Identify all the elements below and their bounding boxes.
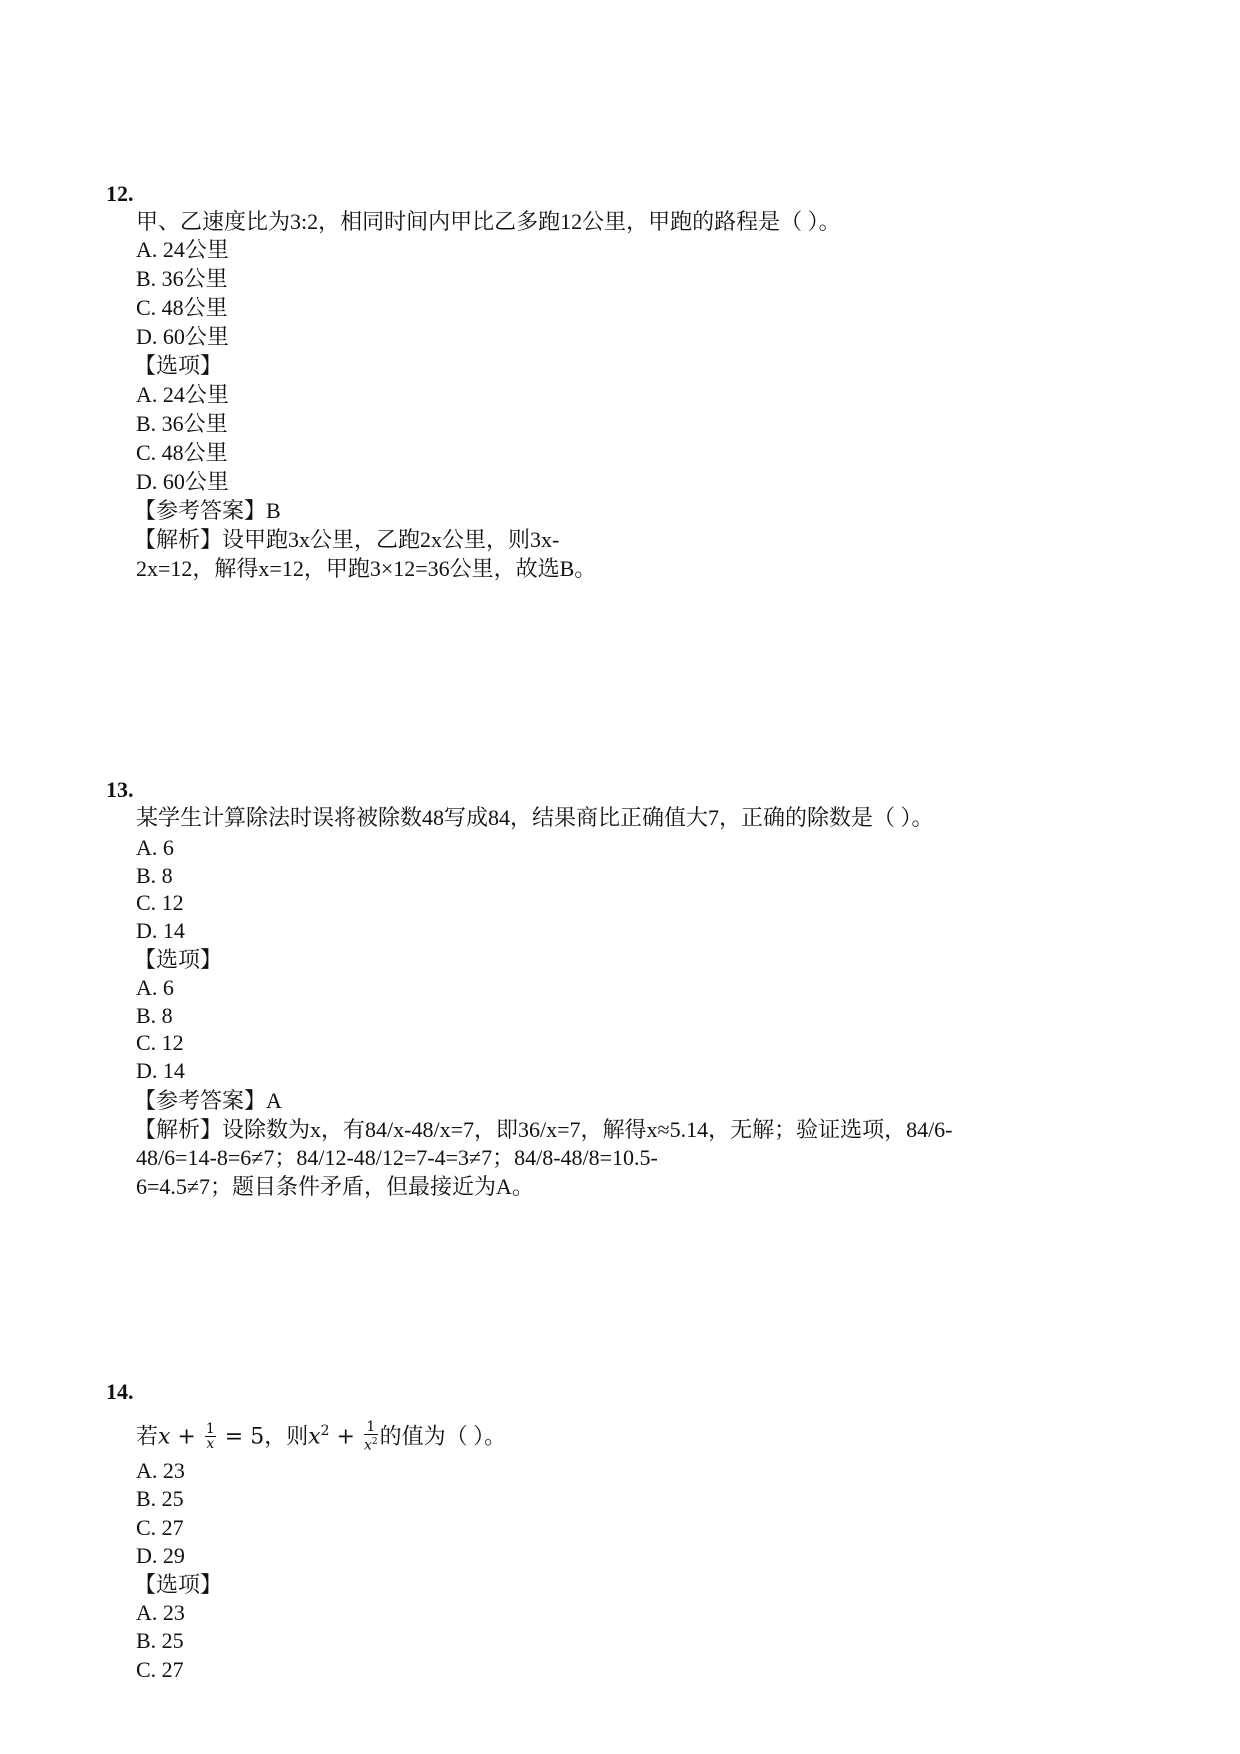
answer-line: 【参考答案】A xyxy=(134,1087,282,1115)
answer-value: A xyxy=(266,1088,282,1113)
analysis-text: 设除数为x，有84/x-48/x=7，即36/x=7，解得x≈5.14，无解；验… xyxy=(222,1117,953,1142)
option-repeat-b: B. 8 xyxy=(136,1002,173,1030)
option-d: D. 14 xyxy=(136,917,185,945)
analysis-line: 【解析】设除数为x，有84/x-48/x=7，即36/x=7，解得x≈5.14，… xyxy=(134,1116,953,1144)
option-b: B. 36公里 xyxy=(136,265,228,293)
answer-label: 【参考答案】 xyxy=(134,1088,266,1113)
option-b: B. 25 xyxy=(136,1485,184,1513)
question-number: 12. xyxy=(106,180,134,208)
math-variable: x xyxy=(308,1424,320,1449)
option-b: B. 8 xyxy=(136,862,173,890)
option-d: D. 60公里 xyxy=(136,323,229,351)
option-repeat-d: D. 60公里 xyxy=(136,468,229,496)
option-c: C. 48公里 xyxy=(136,294,228,322)
option-repeat-c: C. 48公里 xyxy=(136,439,228,467)
option-repeat-a: A. 24公里 xyxy=(136,381,229,409)
analysis-label: 【解析】 xyxy=(134,1117,222,1142)
option-a: A. 23 xyxy=(136,1457,185,1485)
option-repeat-c: C. 27 xyxy=(136,1656,184,1684)
analysis-label: 【解析】 xyxy=(134,527,222,552)
option-a: A. 6 xyxy=(136,834,174,862)
analysis-text: 设甲跑3x公里，乙跑2x公里，则3x- xyxy=(222,527,559,552)
option-repeat-a: A. 23 xyxy=(136,1599,185,1627)
analysis-continuation: 6=4.5≠7；题目条件矛盾，但最接近为A。 xyxy=(136,1173,534,1201)
question-stem: 某学生计算除法时误将被除数48写成84，结果商比正确值大7，正确的除数是（ ）。 xyxy=(136,804,934,832)
analysis-line: 【解析】设甲跑3x公里，乙跑2x公里，则3x- xyxy=(134,526,559,554)
option-c: C. 27 xyxy=(136,1514,184,1542)
options-label: 【选项】 xyxy=(134,946,222,974)
exponent: 2 xyxy=(321,1423,330,1439)
option-repeat-b: B. 36公里 xyxy=(136,410,228,438)
option-d: D. 29 xyxy=(136,1542,185,1570)
option-a: A. 24公里 xyxy=(136,236,229,264)
fraction: 1x2 xyxy=(364,1420,378,1453)
option-repeat-b: B. 25 xyxy=(136,1627,184,1655)
option-repeat-c: C. 12 xyxy=(136,1029,184,1057)
options-label: 【选项】 xyxy=(134,352,222,380)
options-label: 【选项】 xyxy=(134,1571,222,1599)
analysis-continuation: 48/6=14-8=6≠7；84/12-48/12=7-4=3≠7；84/8-4… xyxy=(136,1144,658,1172)
math-variable: x xyxy=(158,1424,170,1449)
analysis-continuation: 2x=12，解得x=12，甲跑3×12=36公里，故选B。 xyxy=(136,555,596,583)
question-number: 14. xyxy=(106,1378,134,1406)
answer-value: B xyxy=(266,498,281,523)
option-repeat-a: A. 6 xyxy=(136,974,174,1002)
answer-line: 【参考答案】B xyxy=(134,497,281,525)
fraction: 1x xyxy=(205,1422,216,1451)
answer-label: 【参考答案】 xyxy=(134,498,266,523)
option-c: C. 12 xyxy=(136,889,184,917)
question-stem: 若x + 1x = 5，则x2 + 1x2的值为（ ）。 xyxy=(136,1416,506,1455)
question-stem: 甲、乙速度比为3:2，相同时间内甲比乙多跑12公里，甲跑的路程是（ ）。 xyxy=(136,208,841,236)
question-number: 13. xyxy=(106,776,134,804)
option-repeat-d: D. 14 xyxy=(136,1057,185,1085)
